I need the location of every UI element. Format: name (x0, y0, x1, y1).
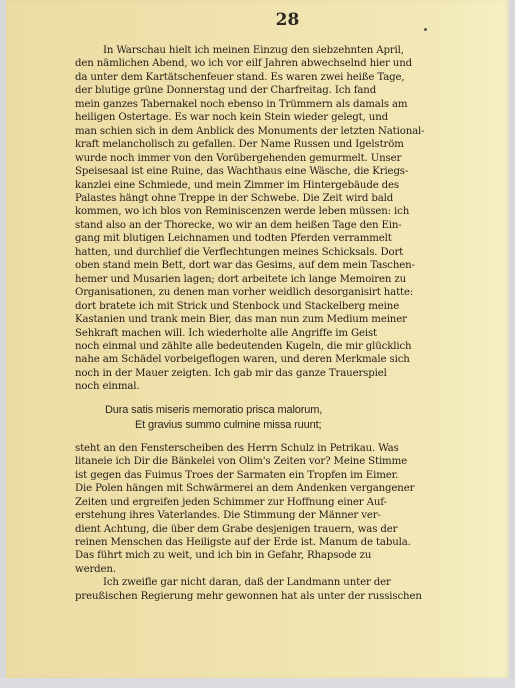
text-line: mein ganzes Tabernakel noch ebenso in Tr… (75, 98, 500, 111)
text-line: ist gegen das Fuimus Troes der Sarmaten … (75, 469, 500, 482)
text-line: In Warschau hielt ich meinen Einzug den … (75, 44, 500, 57)
printing-speck (424, 28, 427, 31)
text-line: da unter dem Kartätschenfeuer stand. Es … (75, 71, 500, 84)
text-line: man schien sich in dem Anblick des Monum… (75, 125, 500, 138)
text-line: werden. (75, 563, 500, 576)
text-line: kanzlei eine Schmiede, und mein Zimmer i… (75, 179, 500, 192)
text-line: noch einmal und zählte alle bedeutenden … (75, 340, 500, 353)
text-line: erstehung ihres Vaterlandes. Die Stimmun… (75, 509, 500, 522)
page-body: In Warschau hielt ich meinen Einzug den … (75, 44, 500, 603)
text-line: hatten, und durchlief die Verflechtungen… (75, 246, 500, 259)
text-line: heiligen Ostertage. Es war noch kein Ste… (75, 111, 500, 124)
book-page: 28 In Warschau hielt ich meinen Einzug d… (6, 0, 509, 678)
text-line: hemer und Musarien lagen; dort arbeitete… (75, 273, 500, 286)
text-line: Das führt mich zu weit, und ich bin in G… (75, 549, 500, 562)
text-line: Speisesaal ist eine Ruine, das Wachthaus… (75, 165, 500, 178)
text-line: den nämlichen Abend, wo ich vor eilf Jah… (75, 57, 500, 70)
scan-bottom-margin (0, 678, 515, 688)
paragraph-2: steht an den Fensterscheiben des Herrn S… (75, 442, 500, 577)
text-line: preußischen Regierung mehr gewonnen hat … (75, 590, 500, 603)
text-line: kommen, wo ich blos von Reminiscenzen we… (75, 205, 500, 218)
text-line: stand also an der Thorecke, wo wir an de… (75, 219, 500, 232)
quote-line-1: Dura satis miseris memoratio prisca malo… (75, 403, 500, 418)
text-line: reinen Menschen das Heiligste auf der Er… (75, 536, 500, 549)
text-line: Kastanien und trank mein Bier, das man n… (75, 313, 500, 326)
paragraph-3: Ich zweifle gar nicht daran, daß der Lan… (75, 576, 500, 603)
text-line: noch einmal. (75, 380, 500, 393)
quote-line-2: Et gravius summo culmine missa ruunt; (75, 418, 500, 433)
text-line: gang mit blutigen Leichnamen und todten … (75, 232, 500, 245)
text-line: Sehkraft machen will. Ich wiederholte al… (75, 327, 500, 340)
latin-quote: Dura satis miseris memoratio prisca malo… (75, 403, 500, 433)
text-line: kraft melancholisch zu gefallen. Der Nam… (75, 138, 500, 151)
text-line: nahe am Schädel vorbeigeflogen waren, un… (75, 353, 500, 366)
text-line: litaneie ich Dir die Bänkelei von Olim's… (75, 455, 500, 468)
text-line: dort bratete ich mit Strick und Stenbock… (75, 300, 500, 313)
text-line: dient Achtung, die über dem Grabe desjen… (75, 523, 500, 536)
text-line: noch in der Mauer zeigten. Ich gab mir d… (75, 367, 500, 380)
text-line: der blutige grüne Donnerstag und der Cha… (75, 84, 500, 97)
text-line: Zeiten und ergreifen jeden Schimmer zur … (75, 496, 500, 509)
text-line: Ich zweifle gar nicht daran, daß der Lan… (75, 576, 500, 589)
paragraph-1: In Warschau hielt ich meinen Einzug den … (75, 44, 500, 394)
text-line: Die Polen hängen mit Schwärmerei an dem … (75, 482, 500, 495)
text-line: Palastes hängt ohne Treppe in der Schweb… (75, 192, 500, 205)
text-line: steht an den Fensterscheiben des Herrn S… (75, 442, 500, 455)
text-line: oben stand mein Bett, dort war das Gesim… (75, 259, 500, 272)
text-line: Organisationen, zu denen man vorher weid… (75, 286, 500, 299)
page-number: 28 (6, 10, 509, 30)
text-line: wurde noch immer von den Vorübergehenden… (75, 152, 500, 165)
